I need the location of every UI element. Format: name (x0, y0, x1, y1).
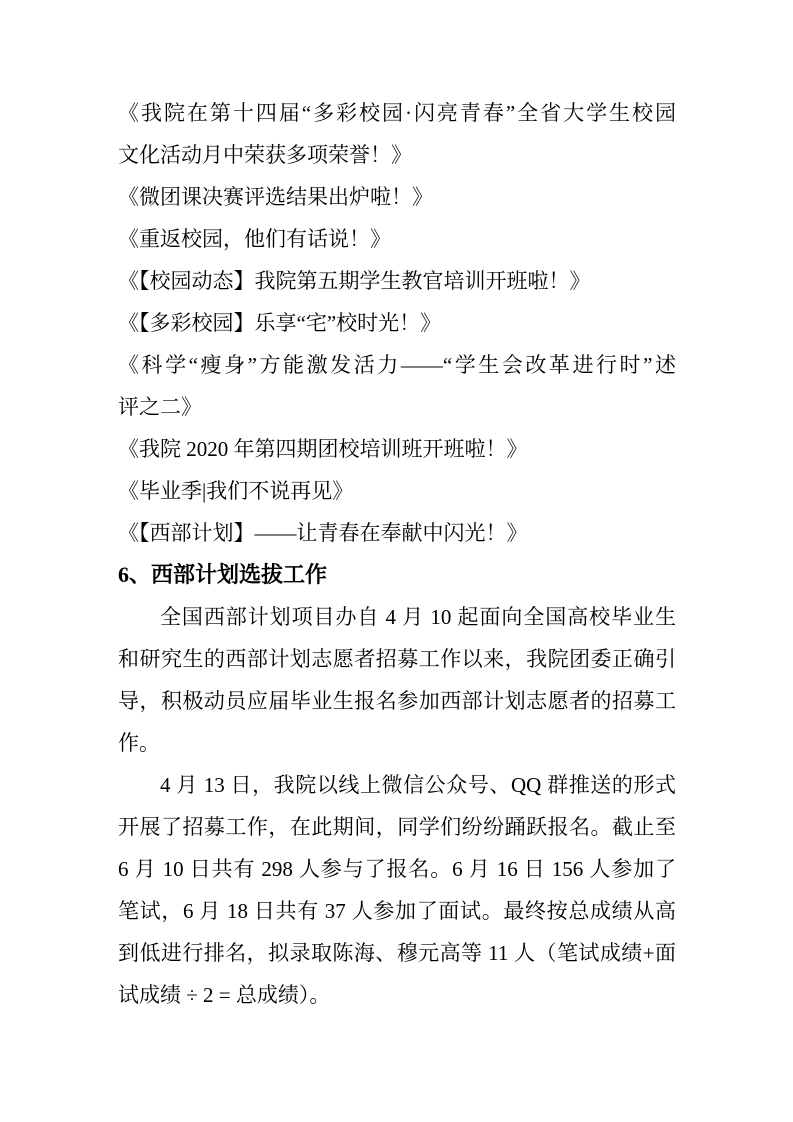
paragraph-line: 全国西部计划项目办自 4 月 10 起面向全国高校毕业生 (118, 596, 676, 638)
paragraph-line: 作。 (118, 722, 676, 764)
paragraph-line: 到低进行排名，拟录取陈海、穆元高等 11 人（笔试成绩+面 (118, 932, 676, 974)
article-title-line: 《我院 2020 年第四期团校培训班开班啦！》 (118, 428, 676, 470)
paragraph-line: 试成绩 ÷ 2 = 总成绩）。 (118, 974, 676, 1016)
article-title-line: 《我院在第十四届“多彩校园·闪亮青春”全省大学生校园 (118, 92, 676, 134)
paragraph-line: 笔试，6 月 18 日共有 37 人参加了面试。最终按总成绩从高 (118, 890, 676, 932)
document-text-block: 《我院在第十四届“多彩校园·闪亮青春”全省大学生校园 文化活动月中荣获多项荣誉！… (118, 92, 676, 1016)
document-page: 《我院在第十四届“多彩校园·闪亮青春”全省大学生校园 文化活动月中荣获多项荣誉！… (0, 0, 793, 1122)
paragraph-line: 和研究生的西部计划志愿者招募工作以来，我院团委正确引 (118, 638, 676, 680)
article-title-line: 《【校园动态】我院第五期学生教官培训开班啦！》 (118, 260, 676, 302)
paragraph-line: 6 月 10 日共有 298 人参与了报名。6 月 16 日 156 人参加了 (118, 848, 676, 890)
article-title-line: 评之二》 (118, 386, 676, 428)
section-heading: 6、西部计划选拔工作 (118, 554, 676, 596)
article-title-line: 《毕业季|我们不说再见》 (118, 470, 676, 512)
article-title-line: 《【西部计划】——让青春在奉献中闪光！》 (118, 512, 676, 554)
paragraph-line: 4 月 13 日，我院以线上微信公众号、QQ 群推送的形式 (118, 764, 676, 806)
article-title-line: 文化活动月中荣获多项荣誉！》 (118, 134, 676, 176)
article-title-line: 《微团课决赛评选结果出炉啦！》 (118, 176, 676, 218)
article-title-line: 《【多彩校园】乐享“宅”校时光！》 (118, 302, 676, 344)
article-title-line: 《科学“瘦身”方能激发活力——“学生会改革进行时”述 (118, 344, 676, 386)
article-title-line: 《重返校园，他们有话说！》 (118, 218, 676, 260)
paragraph-line: 导，积极动员应届毕业生报名参加西部计划志愿者的招募工 (118, 680, 676, 722)
paragraph-line: 开展了招募工作，在此期间，同学们纷纷踊跃报名。截止至 (118, 806, 676, 848)
